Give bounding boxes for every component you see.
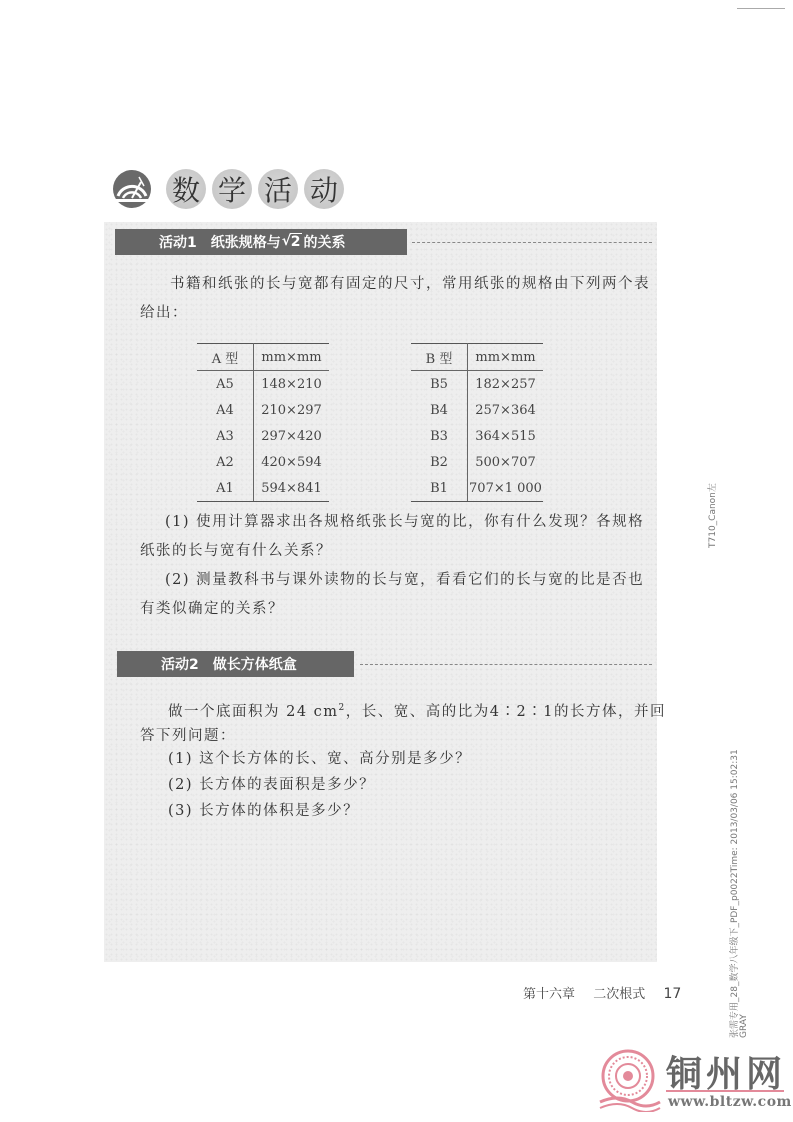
activity1-intro: 书籍和纸张的长与宽都有固定的尺寸，常用纸张的规格由下列两个表 <box>170 270 650 298</box>
activity2-title: 做长方体纸盒 <box>213 654 297 674</box>
divider-dashed <box>360 664 652 665</box>
activity2-question-3: (3) 长方体的体积是多少？ <box>168 797 359 825</box>
activity1-title-prefix: 纸张规格与 <box>211 232 281 252</box>
section-heading: 数 学 活 动 <box>112 168 350 210</box>
table-row: A3297×420 <box>197 423 329 449</box>
activity1-question-2-cont: 有类似确定的关系？ <box>140 595 284 623</box>
seal-logo-icon <box>598 1048 662 1112</box>
heading-char: 活 <box>258 169 298 209</box>
table-row: A5148×210 <box>197 371 329 398</box>
table-row: B5182×257 <box>411 371 543 398</box>
paper-size-table-b: B 型 mm×mm B5182×257 B4257×364 B3364×515 … <box>411 343 543 502</box>
sqrt-symbol: √2 <box>282 234 302 250</box>
scan-side-metadata: 张需专用_28_数学八年级下_PDF_p0022Time: 2013/03/06… <box>727 749 740 1038</box>
activity2-question-2: (2) 长方体的表面积是多少？ <box>168 771 375 799</box>
table-row: A4210×297 <box>197 397 329 423</box>
divider-dashed <box>412 242 652 243</box>
scan-side-label: T710_Canon左 <box>705 483 718 548</box>
table-row: B3364×515 <box>411 423 543 449</box>
heading-char: 数 <box>166 169 206 209</box>
table-row: B1707×1 000 <box>411 475 543 502</box>
activity1-title-suffix: 的关系 <box>304 232 346 252</box>
chapter-label: 第十六章 <box>523 987 575 1002</box>
heading-char: 学 <box>212 169 252 209</box>
table-row: B4257×364 <box>411 397 543 423</box>
table-header: B 型 <box>411 344 468 371</box>
heading-char: 动 <box>304 169 344 209</box>
table-row: A2420×594 <box>197 449 329 475</box>
activity1-label: 活动1 <box>159 232 197 252</box>
activity1-title-bar: 活动1 纸张规格与 √2 的关系 <box>115 229 407 255</box>
activity1-intro-cont: 给出： <box>140 299 188 327</box>
scan-corner-mark <box>737 4 785 9</box>
paper-size-table-a: A 型 mm×mm A5148×210 A4210×297 A3297×420 … <box>197 343 329 502</box>
watermark-underline <box>666 1090 784 1092</box>
speedometer-icon <box>112 169 152 209</box>
site-watermark: 铜州网 www.bltzw.com <box>598 1046 788 1116</box>
activity2-label: 活动2 <box>161 654 199 674</box>
table-row: B2500×707 <box>411 449 543 475</box>
table-header: mm×mm <box>254 344 330 371</box>
watermark-url: www.bltzw.com <box>668 1094 792 1110</box>
scan-side-gray: GRAY <box>739 1014 749 1038</box>
page-number: 17 <box>663 986 681 1002</box>
page-footer: 第十六章 二次根式 17 <box>523 983 681 1002</box>
activity2-intro: 做一个底面积为 24 cm2，长、宽、高的比为4∶2∶1的长方体，并回 <box>168 694 666 726</box>
table-row: A1594×841 <box>197 475 329 502</box>
table-header: mm×mm <box>468 344 544 371</box>
activity1-question-1-cont: 纸张的长与宽有什么关系？ <box>140 537 332 565</box>
activity1-question-2: (2) 测量教科书与课外读物的长与宽，看看它们的长与宽的比是否也 <box>165 566 644 594</box>
activity1-question-1: (1) 使用计算器求出各规格纸张长与宽的比，你有什么发现？各规格 <box>165 508 644 536</box>
activity2-title-bar: 活动2 做长方体纸盒 <box>117 651 354 677</box>
section-label: 二次根式 <box>593 987 645 1002</box>
activity2-question-1: (1) 这个长方体的长、宽、高分别是多少？ <box>168 745 471 773</box>
table-header: A 型 <box>197 344 254 371</box>
